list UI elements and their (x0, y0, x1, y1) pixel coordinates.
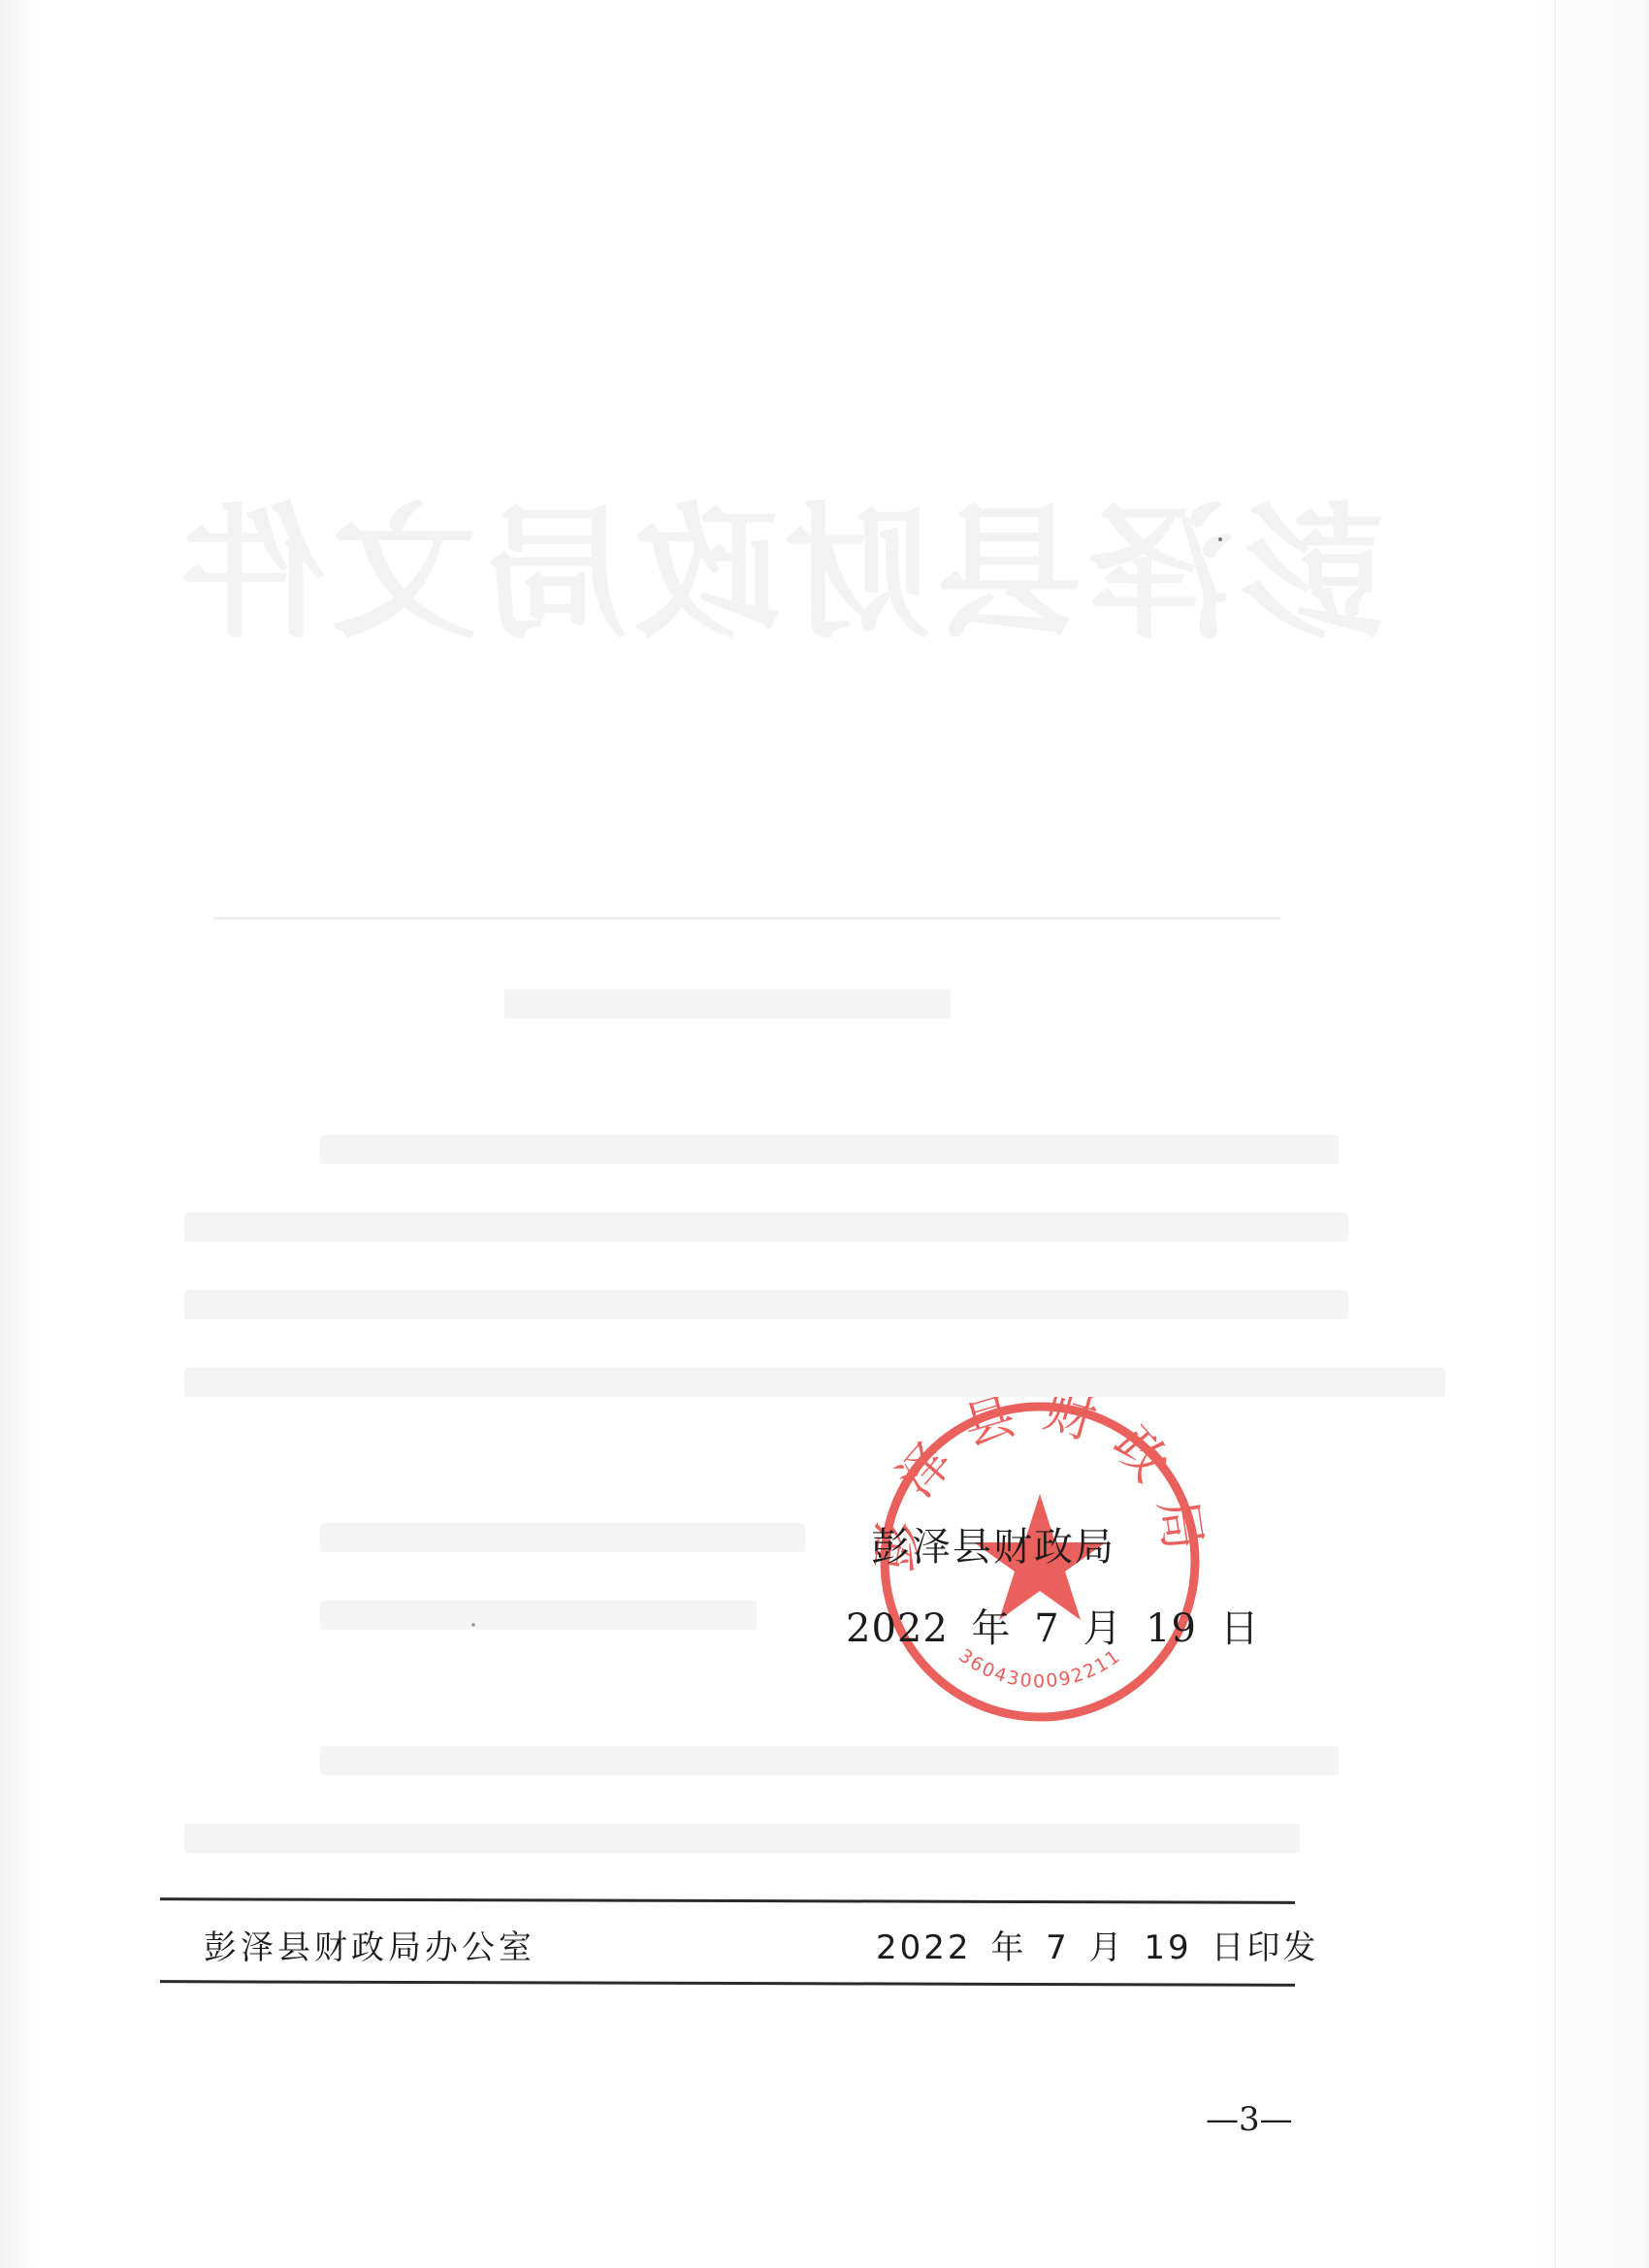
ghost-header-rule (213, 917, 1280, 920)
footer-rule-bottom (160, 1980, 1295, 1987)
scan-edge-left (0, 0, 37, 2268)
page-number: —3— (1206, 2100, 1293, 2139)
scan-edge-right (1533, 0, 1649, 2268)
signature-organization: 彭泽县财政局 (871, 1516, 1115, 1571)
scan-artifact-line (1555, 0, 1556, 2268)
footer-issue-date: 2022 年 7 月 19 日印发 (876, 1921, 1318, 1968)
footer-rule-top (160, 1897, 1295, 1904)
signature-date: 2022 年 7 月 19 日 (846, 1598, 1260, 1653)
ghost-header-title: 彭泽县财政局文件 (175, 456, 1385, 665)
scan-speck (1218, 537, 1222, 541)
scan-speck (471, 1623, 475, 1627)
footer-issuer: 彭泽县财政局办公室 (204, 1921, 535, 1968)
